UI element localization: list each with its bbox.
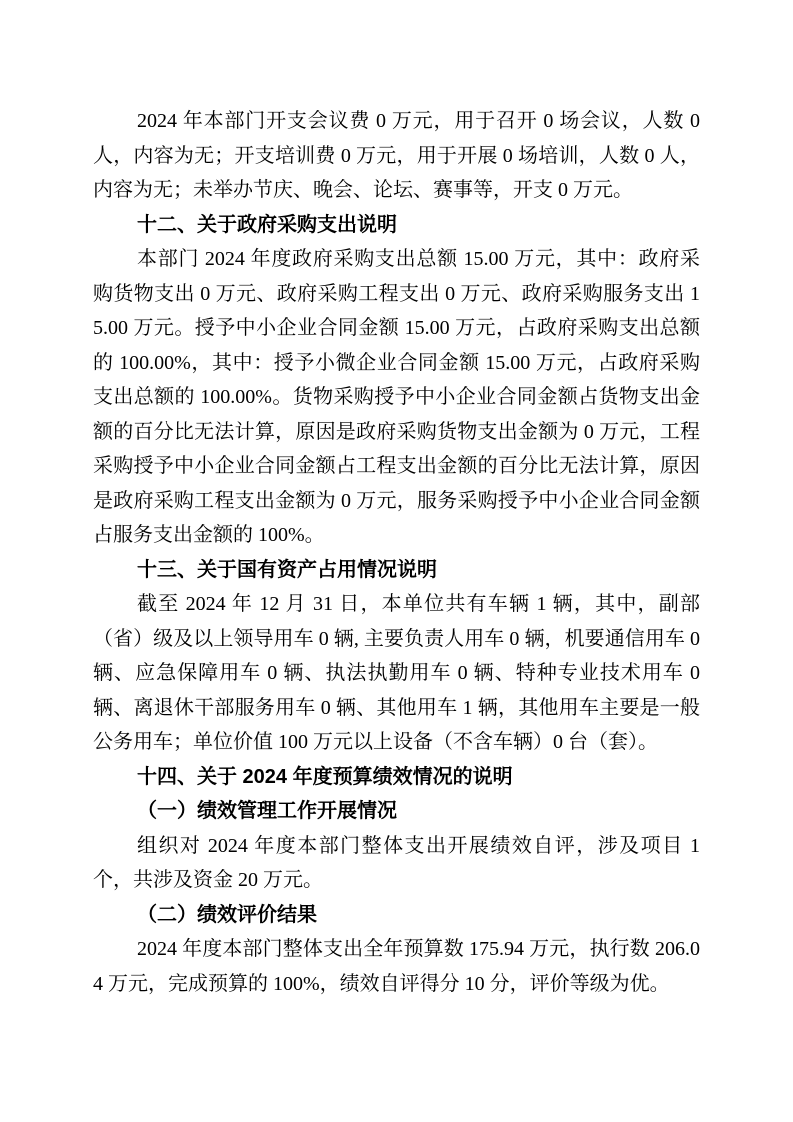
section-heading: （二）绩效评价结果 <box>93 898 700 933</box>
paragraph: 截至 2024 年 12 月 31 日，本单位共有车辆 1 辆，其中，副部（省）… <box>93 587 700 760</box>
section-heading: 十四、关于 2024 年度预算绩效情况的说明 <box>93 760 700 795</box>
document-page: 2024 年本部门开支会议费 0 万元，用于召开 0 场会议，人数 0 人，内容… <box>0 0 793 1122</box>
section-heading: 十三、关于国有资产占用情况说明 <box>93 553 700 588</box>
paragraph: 组织对 2024 年度本部门整体支出开展绩效自评，涉及项目 1 个，共涉及资金 … <box>93 829 700 898</box>
section-heading: 十二、关于政府采购支出说明 <box>93 208 700 243</box>
section-heading: （一）绩效管理工作开展情况 <box>93 794 700 829</box>
document-content: 2024 年本部门开支会议费 0 万元，用于召开 0 场会议，人数 0 人，内容… <box>93 104 700 1001</box>
paragraph: 本部门 2024 年度政府采购支出总额 15.00 万元，其中：政府采购货物支出… <box>93 242 700 553</box>
paragraph: 2024 年本部门开支会议费 0 万元，用于召开 0 场会议，人数 0 人，内容… <box>93 104 700 208</box>
paragraph: 2024 年度本部门整体支出全年预算数 175.94 万元，执行数 206.04… <box>93 932 700 1001</box>
